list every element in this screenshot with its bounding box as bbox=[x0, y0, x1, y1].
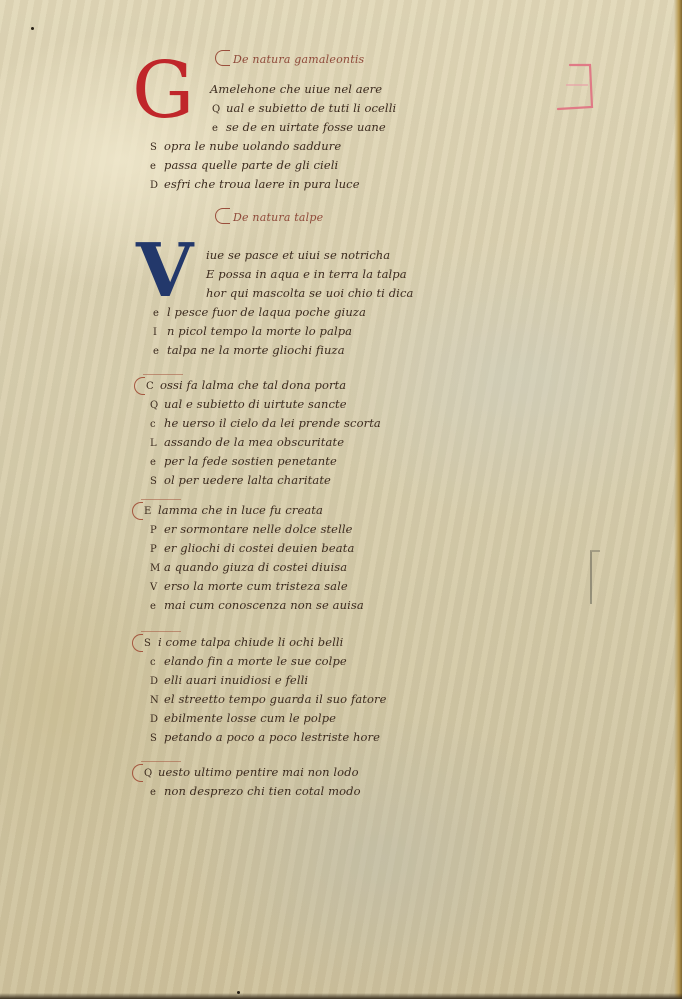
ink-speck bbox=[237, 991, 240, 994]
pilcrow-icon bbox=[215, 50, 230, 66]
verse-line: iue se pasce et uiui se notricha bbox=[206, 248, 390, 262]
rubric-chameleon: De natura gamaleontis bbox=[215, 50, 364, 66]
pilcrow-icon bbox=[215, 208, 230, 224]
paragraph-mark-icon bbox=[132, 502, 143, 520]
verse-line: Sol per uedere lalta charitate bbox=[150, 473, 331, 487]
paragraph-mark-icon bbox=[134, 377, 145, 395]
verse-line: Elamma che in luce fu creata bbox=[144, 503, 323, 517]
verse-line: Questo ultimo pentire mai non lodo bbox=[144, 765, 359, 779]
verse-line: eper la fede sostien penetante bbox=[150, 454, 337, 468]
manuscript-page: De natura gamaleontis G Amelehone che ui… bbox=[0, 0, 682, 999]
ink-speck bbox=[31, 27, 34, 30]
verse-line: Cossi fa lalma che tal dona porta bbox=[146, 378, 346, 392]
verse-line: che uerso il cielo da lei prende scorta bbox=[150, 416, 381, 430]
page-edge-bottom bbox=[0, 993, 682, 999]
verse-line: Amelehone che uiue nel aere bbox=[210, 82, 382, 96]
verse-line: etalpa ne la morte gliochi fiuza bbox=[153, 343, 345, 357]
decorated-initial-g: G bbox=[132, 52, 194, 130]
verse-line: Debilmente losse cum le polpe bbox=[150, 711, 336, 725]
verse-line: celando fin a morte le sue colpe bbox=[150, 654, 347, 668]
verse-line: el pesce fuor de laqua poche giuza bbox=[153, 305, 366, 319]
verse-line: Nel streetto tempo guarda il suo fatore bbox=[150, 692, 387, 706]
verse-line: E possa in aqua e in terra la talpa bbox=[206, 267, 407, 281]
verse-line: ese de en uirtate fosse uane bbox=[212, 120, 386, 134]
verse-line: Verso la morte cum tristeza sale bbox=[150, 579, 348, 593]
paragraph-mark-icon bbox=[132, 764, 143, 782]
quire-mark-icon bbox=[556, 55, 596, 115]
page-edge-right bbox=[674, 0, 682, 999]
verse-line: Sopra le nube uolando saddure bbox=[150, 139, 341, 153]
verse-line: hor qui mascolta se uoi chio ti dica bbox=[206, 286, 413, 300]
verse-line: epassa quelle parte de gli cieli bbox=[150, 158, 338, 172]
verse-line: Delli auari inuidiosi e felli bbox=[150, 673, 308, 687]
verse-line: Desfri che troua laere in pura luce bbox=[150, 177, 360, 191]
faint-margin-mark bbox=[590, 550, 600, 604]
verse-line: Spetando a poco a poco lestriste hore bbox=[150, 730, 380, 744]
decorated-initial-v: V bbox=[136, 234, 193, 308]
verse-line: Per gliochi di costei deuien beata bbox=[150, 541, 354, 555]
verse-line: Si come talpa chiude li ochi belli bbox=[144, 635, 343, 649]
verse-line: Lassando de la mea obscuritate bbox=[150, 435, 344, 449]
verse-line: Per sormontare nelle dolce stelle bbox=[150, 522, 353, 536]
verse-line: In picol tempo la morte lo palpa bbox=[153, 324, 352, 338]
verse-line: Ma quando giuza di costei diuisa bbox=[150, 560, 347, 574]
rubric-mole: De natura talpe bbox=[215, 208, 323, 224]
verse-line: enon desprezo chi tien cotal modo bbox=[150, 784, 361, 798]
paragraph-mark-icon bbox=[132, 634, 143, 652]
verse-line: Qual e subietto de tuti li ocelli bbox=[212, 101, 396, 115]
verse-line: emai cum conoscenza non se auisa bbox=[150, 598, 364, 612]
verse-line: Qual e subietto di uirtute sancte bbox=[150, 397, 347, 411]
